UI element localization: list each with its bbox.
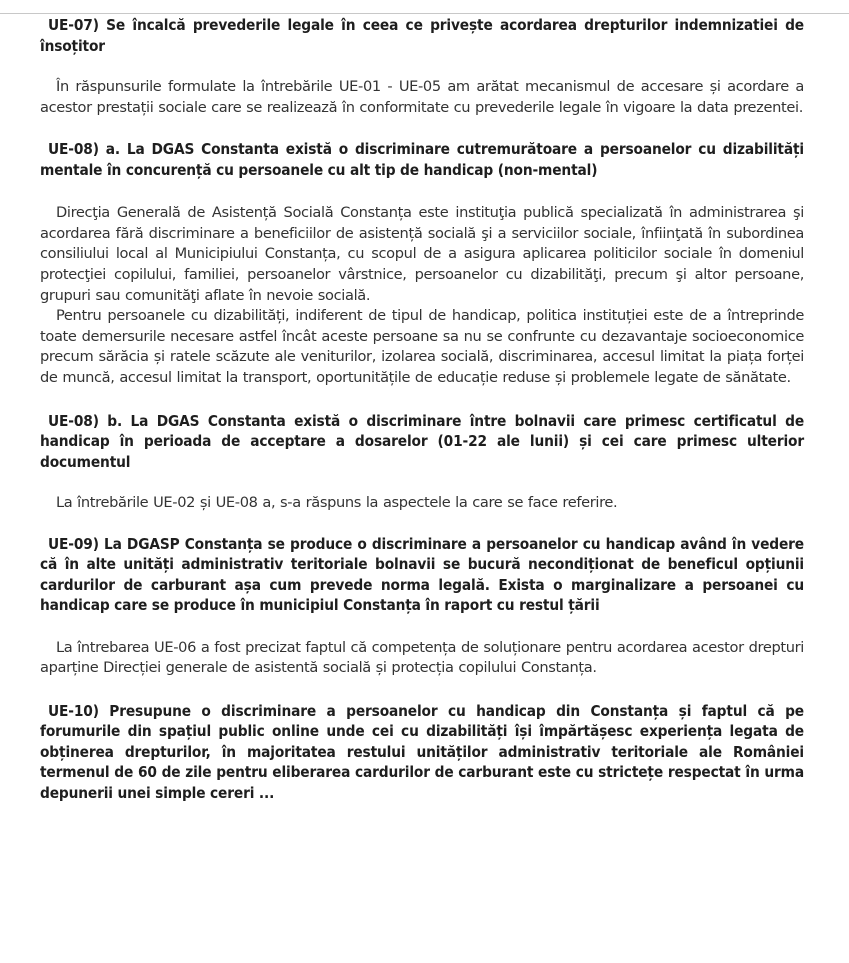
section-paragraph: Direcţia Generală de Asistență Socială C…	[40, 203, 804, 306]
section-heading: UE-09) La DGASP Constanța se produce o d…	[40, 534, 804, 616]
heading-text: UE-09) La DGASP Constanța se produce o d…	[40, 535, 804, 615]
heading-text: UE-10) Presupune o discriminare a persoa…	[40, 702, 804, 802]
paragraph-text: În răspunsurile formulate la întrebările…	[40, 78, 804, 116]
paragraph-text: La întrebarea UE-06 a fost precizat fapt…	[40, 639, 804, 677]
section-heading: UE-08) a. La DGAS Constanta există o dis…	[40, 139, 804, 180]
paragraph-text: La întrebările UE-02 și UE-08 a, s-a răs…	[56, 494, 617, 511]
heading-text: UE-08) a. La DGAS Constanta există o dis…	[40, 140, 804, 179]
section-ue-07: UE-07) Se încalcă prevederile legale în …	[40, 15, 804, 118]
document-page: UE-07) Se încalcă prevederile legale în …	[40, 15, 804, 803]
page-top-rule	[0, 13, 849, 14]
section-heading: UE-07) Se încalcă prevederile legale în …	[40, 15, 804, 56]
heading-text: UE-07) Se încalcă prevederile legale în …	[40, 16, 804, 55]
section-paragraph: Pentru persoanele cu dizabilități, indif…	[40, 306, 804, 388]
section-paragraph: În răspunsurile formulate la întrebările…	[40, 77, 804, 118]
section-heading: UE-10) Presupune o discriminare a persoa…	[40, 701, 804, 804]
paragraph-text: Direcţia Generală de Asistență Socială C…	[40, 204, 804, 303]
heading-text: UE-08) b. La DGAS Constanta există o dis…	[40, 412, 804, 471]
section-ue-09: UE-09) La DGASP Constanța se produce o d…	[40, 534, 804, 679]
section-ue-10: UE-10) Presupune o discriminare a persoa…	[40, 701, 804, 804]
section-paragraph: La întrebările UE-02 și UE-08 a, s-a răs…	[40, 493, 804, 514]
section-ue-08b: UE-08) b. La DGAS Constanta există o dis…	[40, 411, 804, 514]
section-ue-08a: UE-08) a. La DGAS Constanta există o dis…	[40, 139, 804, 388]
paragraph-text: Pentru persoanele cu dizabilități, indif…	[40, 307, 804, 386]
section-heading: UE-08) b. La DGAS Constanta există o dis…	[40, 411, 804, 473]
section-paragraph: La întrebarea UE-06 a fost precizat fapt…	[40, 638, 804, 679]
